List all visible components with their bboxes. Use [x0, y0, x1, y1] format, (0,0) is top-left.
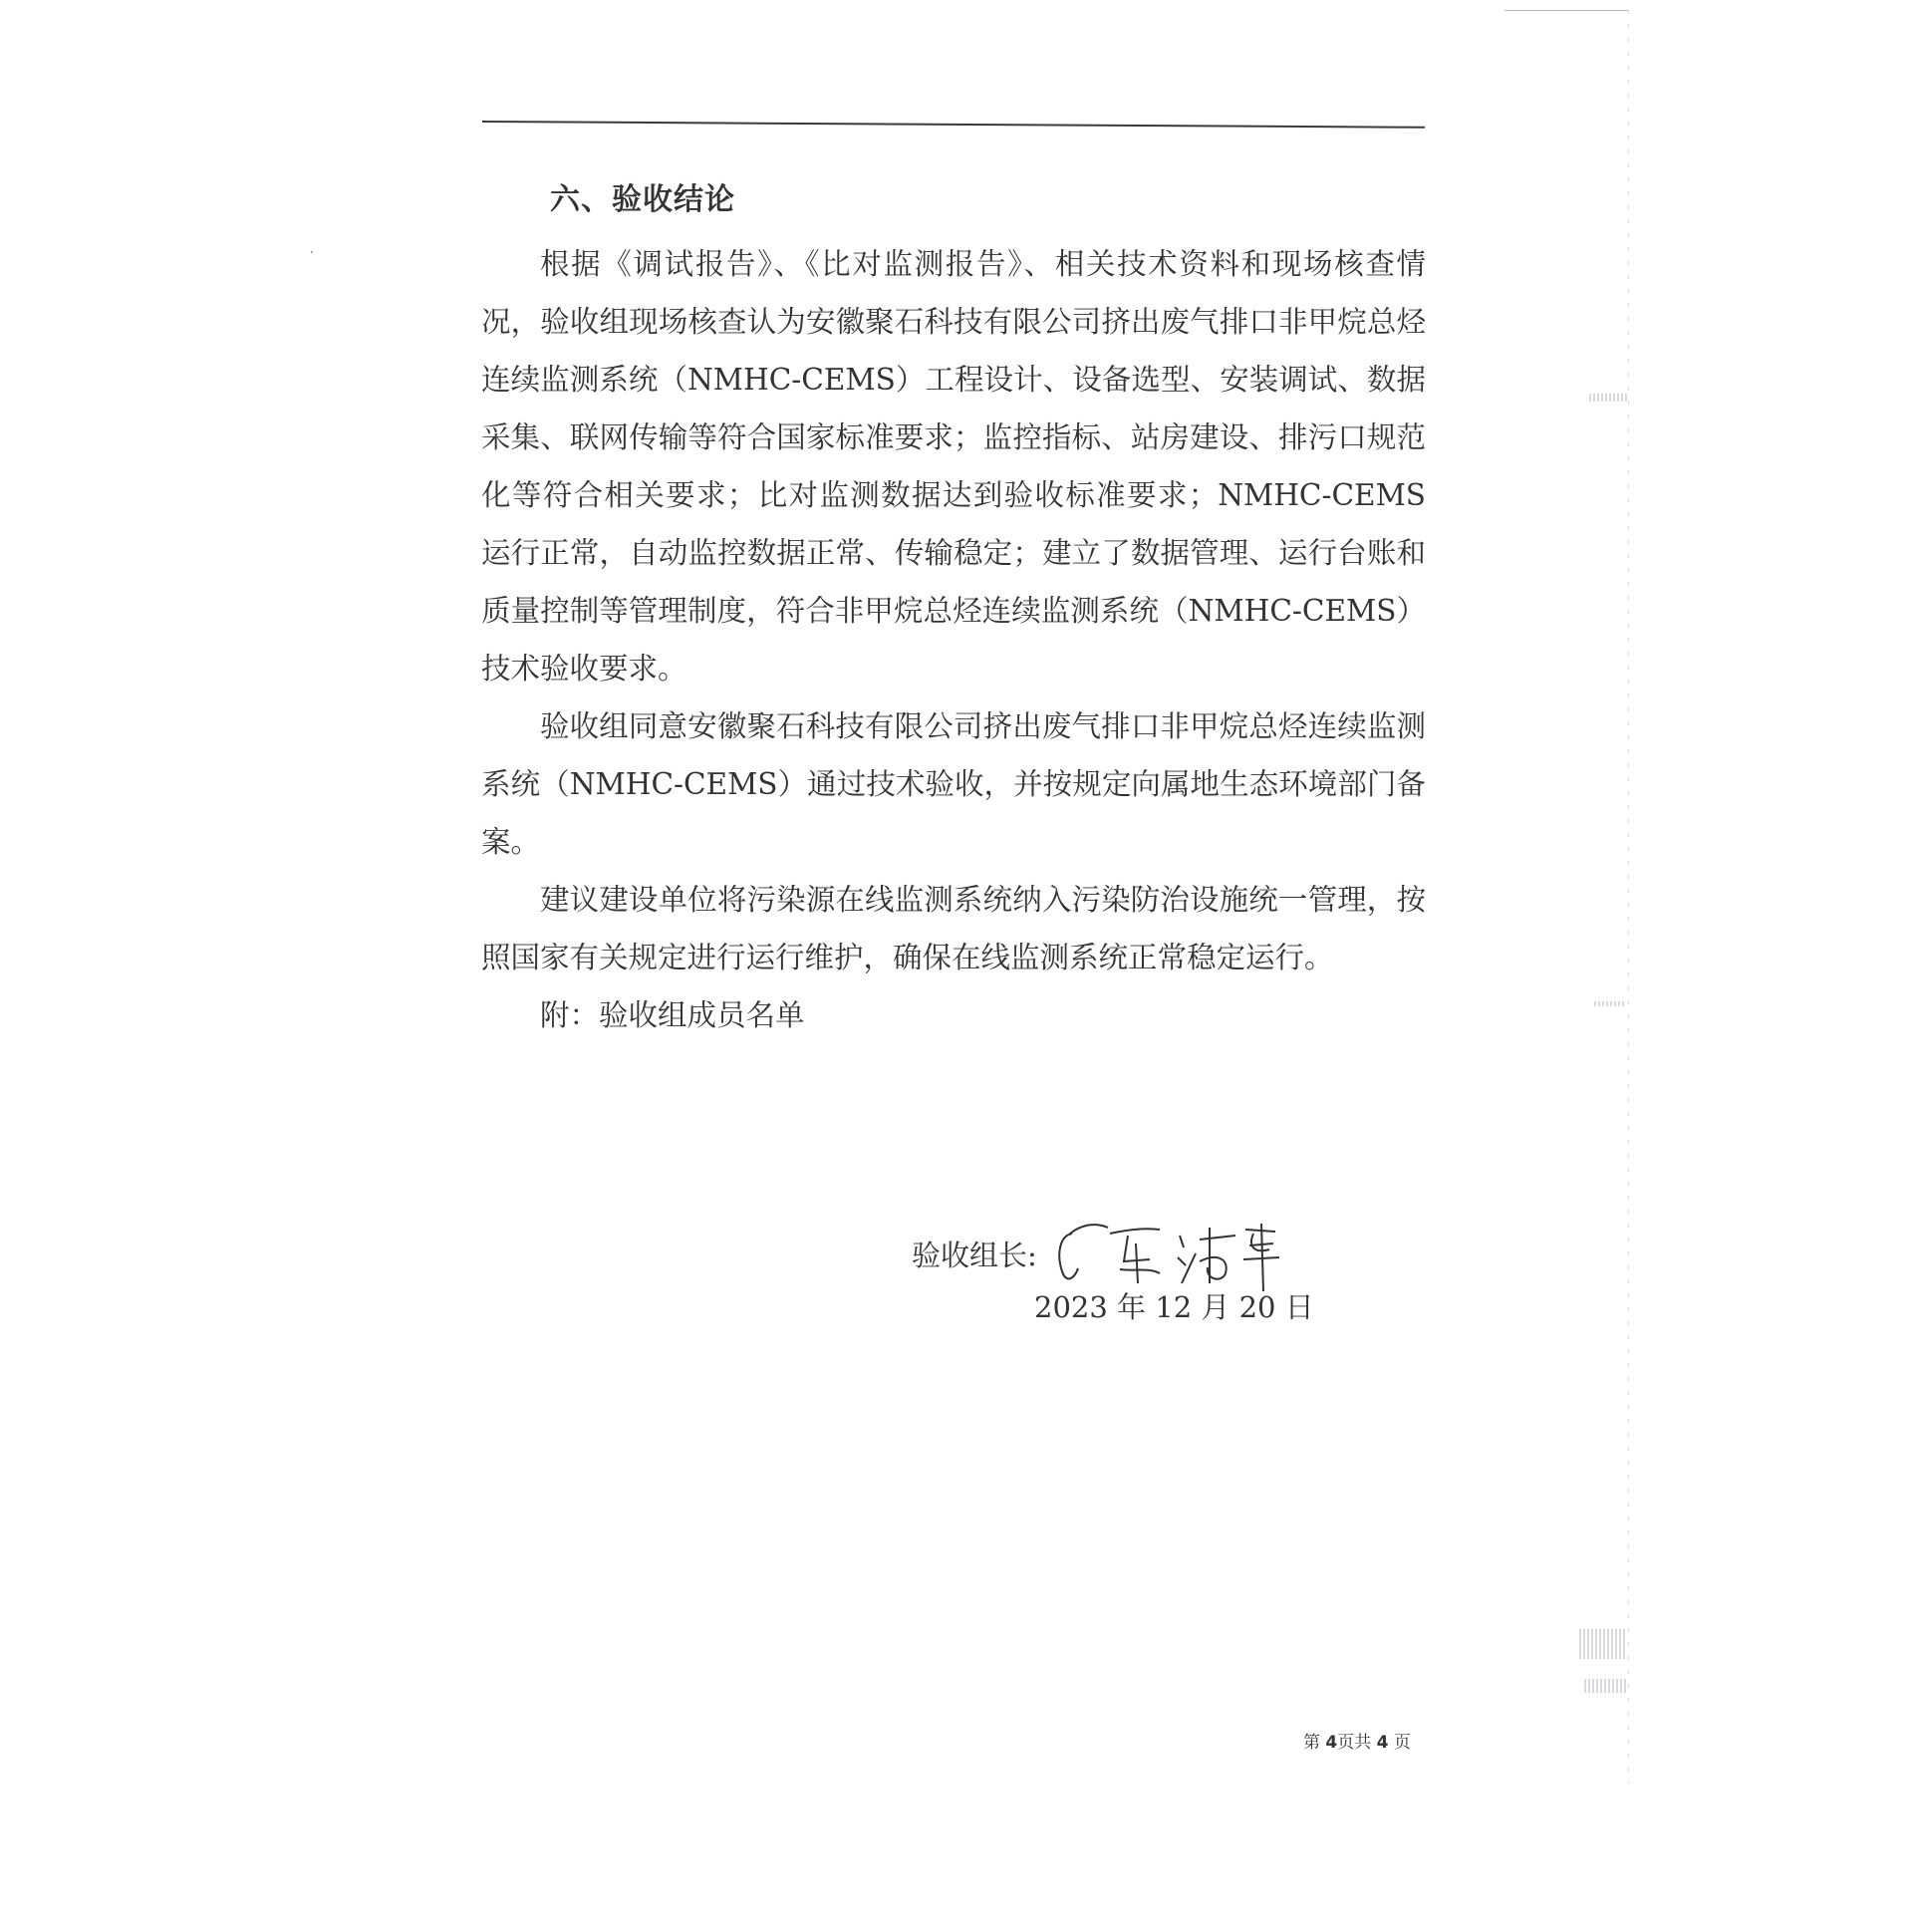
scan-smudge	[1589, 394, 1627, 402]
footer-suffix: 页	[1389, 1733, 1411, 1753]
approval-paragraph: 验收组同意安徽聚石科技有限公司挤出废气排口非甲烷总烃连续监测系统（NMHC-CE…	[481, 697, 1426, 871]
page-footer: 第 4页共 4 页	[1303, 1728, 1411, 1753]
attachment-note: 附：验收组成员名单	[481, 986, 1426, 1044]
signature-label: 验收组长:	[912, 1234, 1037, 1274]
current-page-number: 4	[1325, 1733, 1337, 1753]
total-pages-number: 4	[1377, 1733, 1389, 1753]
section-heading: 六、验收结论	[550, 174, 735, 218]
scan-page-edge-top	[1504, 10, 1628, 11]
scan-smudge	[1579, 1629, 1627, 1659]
scan-smudge	[1584, 1679, 1626, 1693]
footer-middle: 页共	[1337, 1733, 1376, 1753]
scan-smudge	[1594, 1001, 1626, 1006]
scan-speck	[311, 251, 313, 253]
conclusion-paragraph: 根据《调试报告》、《比对监测报告》、相关技术资料和现场核查情况，验收组现场核查认…	[481, 235, 1426, 697]
scan-page-edge-right	[1628, 10, 1629, 1784]
signature-date: 2023 年 12 月 20 日	[1034, 1285, 1314, 1326]
signature-block: 验收组长:	[912, 1214, 1289, 1293]
header-rule	[482, 121, 1425, 129]
footer-prefix: 第	[1303, 1733, 1325, 1753]
recommendation-paragraph: 建议建设单位将污染源在线监测系统纳入污染防治设施统一管理，按照国家有关规定进行运…	[481, 871, 1426, 986]
document-body: 根据《调试报告》、《比对监测报告》、相关技术资料和现场核查情况，验收组现场核查认…	[481, 235, 1426, 1044]
handwritten-signature-icon	[1050, 1214, 1289, 1293]
